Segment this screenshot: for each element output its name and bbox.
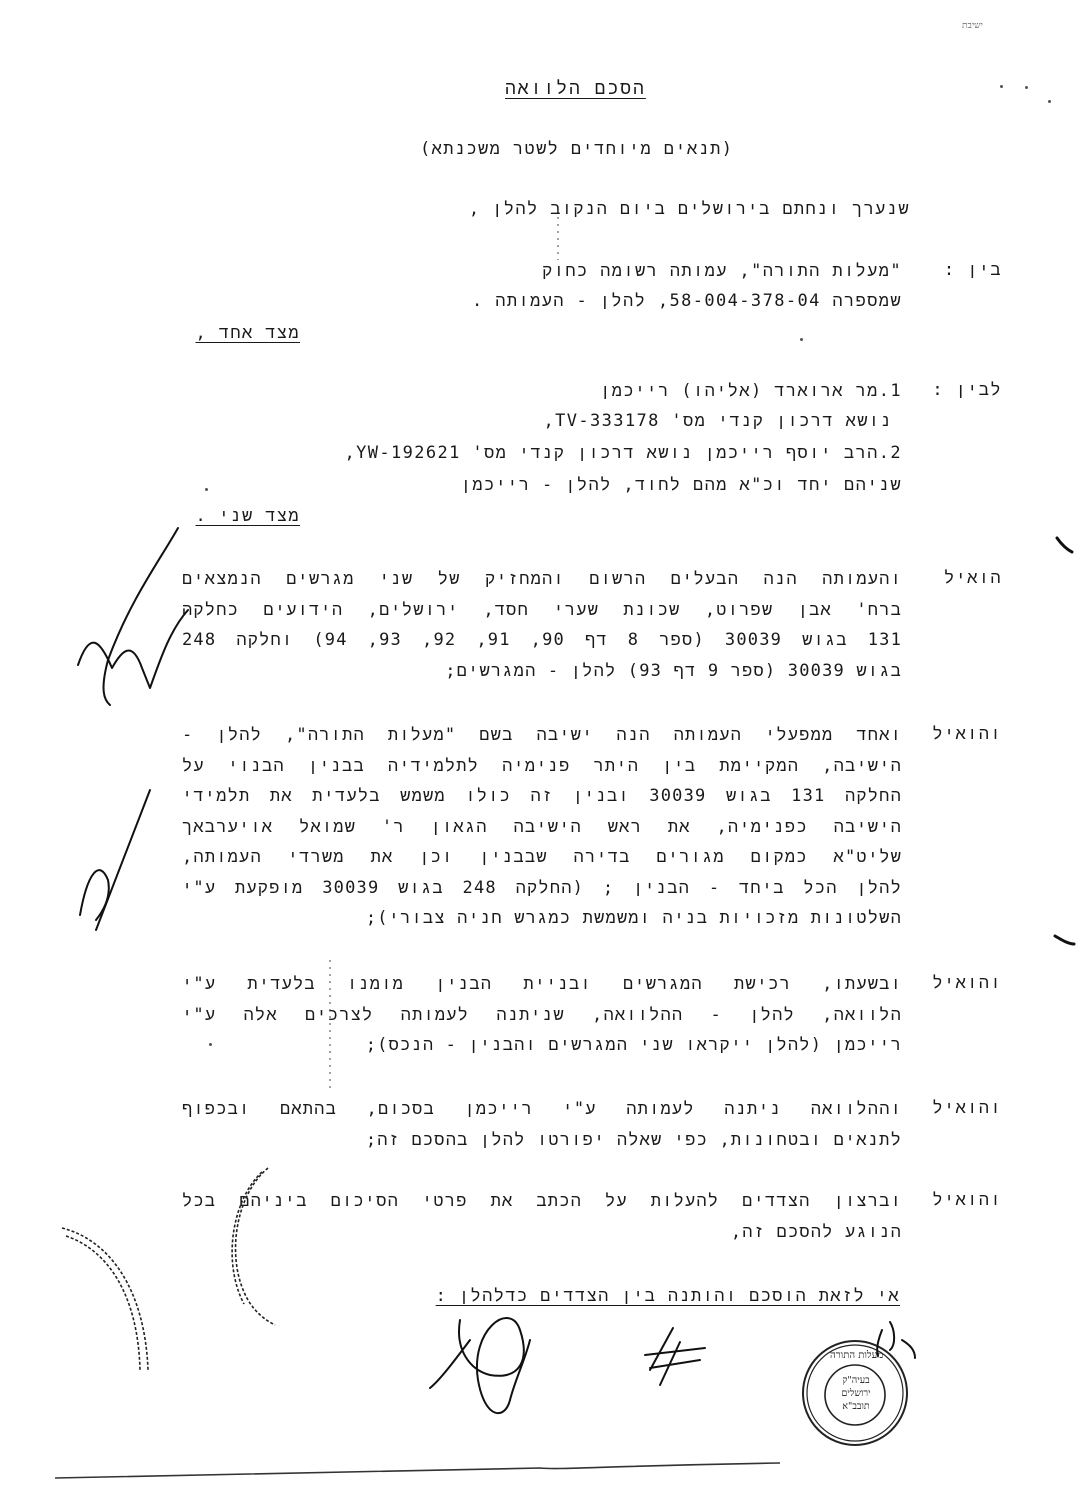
scan-speck [1000,85,1003,88]
recital-5-line: הנוגע להסכם זה, [182,1217,902,1248]
stamp-inner-line: בעיה"ק [830,1374,882,1387]
recital-5-label: והואיל [932,1190,1002,1211]
agreement-heading: אי לזאת הוסכם והותנה בין הצדדים כדלהלן : [436,1285,900,1307]
recital-3-line: רייכמן (להלן ייקראו שני המגרשים והבנין -… [182,1030,902,1061]
party1-label: בין : [944,260,1002,281]
recital-3-label: והואיל [932,973,1002,994]
recital-4-label: והואיל [932,1098,1002,1119]
recital-5-line: וברצון הצדדים להעלות על הכתב את פרטי הסי… [182,1186,902,1217]
party2-label: לבין : [932,380,1002,401]
recital-2-label: והואיל [932,724,1002,745]
recital-2-line: השלטונות מזכויות בניה ומשמשת כמגרש חניה … [182,903,902,934]
party2-side: מצד שני . [195,505,300,527]
stamp-outer-text: מעלות התורה [830,1350,883,1361]
recital-1-line: בגוש 30039 (ספר 9 דף 93) להלן - המגרשים; [182,656,902,687]
party1-line-1: "מעלות התורה", עמותה רשומה כחוק [542,260,902,282]
recital-2-line: החלקה 131 בגוש 30039 ובנין זה כולו משמש … [182,781,902,812]
party2-line-1: 1.מר ארוארד (אליהו) רייכמן [600,380,902,402]
recital-1-line: ברח' אבן שפרוט, שכונת שערי חסד, ירושלים,… [182,595,902,626]
stamp-inner-line: תובב"א [830,1400,882,1413]
party2-line-4: שניהם יחד וכ"א מהם לחוד, להלן - רייכמן [461,474,902,496]
recital-2-line: ואחד ממפעלי העמותה הנה ישיבה בשם "מעלות … [182,720,902,751]
recital-4-line: לתנאים ובטחונות, כפי שאלה יפורטו להלן בה… [182,1125,902,1156]
recital-3: ובשעתו, רכישת המגרשים ובניית הבנין מומנו… [182,969,902,1061]
scan-speck [800,338,803,341]
recital-3-line: הלוואה, להלן - ההלוואה, שניתנה לעמותה לצ… [182,1000,902,1031]
scan-speck [1048,100,1051,103]
header-scribble: ישיבת [962,20,983,31]
scan-speck [205,488,208,491]
party2-line-2: נושא דרכון קנדי מס' TV-333178, [543,410,892,432]
stamp-inner-line: ירושלים [830,1387,882,1400]
document-subtitle: (תנאים מיוחדים לשטר משכנתא) [420,138,733,160]
recital-3-line: ובשעתו, רכישת המגרשים ובניית הבנין מומנו… [182,969,902,1000]
party2-line-3: 2.הרב יוסף רייכמן נושא דרכון קנדי מס' YW… [344,442,902,464]
party1-side: מצד אחד , [195,322,300,344]
scan-speck [209,1043,212,1046]
opening-line: שנערך ונחתם בירושלים ביום הנקוב להלן , [469,198,910,220]
party1-line-2: שמספרה 58-004-378-04, להלן - העמותה . [472,290,902,312]
recital-2: ואחד ממפעלי העמותה הנה ישיבה בשם "מעלות … [182,720,902,934]
recital-2-line: להלן הכל ביחד - הבנין ; (החלקה 248 בגוש … [182,873,902,904]
recital-4: וההלוואה ניתנה לעמותה ע"י רייכמן בסכום, … [182,1094,902,1155]
organization-stamp: מעלות התורה בעיה"ק ירושלים תובב"א [800,1338,910,1448]
recital-5: וברצון הצדדים להעלות על הכתב את פרטי הסי… [182,1186,902,1247]
document-title: הסכם הלוואה [505,78,646,100]
recital-1: והעמותה הנה הבעלים הרשום והמחזיק של שני … [182,564,902,686]
recital-4-line: וההלוואה ניתנה לעמותה ע"י רייכמן בסכום, … [182,1094,902,1125]
recital-1-line: והעמותה הנה הבעלים הרשום והמחזיק של שני … [182,564,902,595]
scan-speck [1025,86,1028,89]
recital-1-line: 131 בגוש 30039 (ספר 8 דף 90, 91, 92, 93,… [182,625,902,656]
scanned-document-page: הסכם הלוואה (תנאים מיוחדים לשטר משכנתא) … [0,0,1080,1490]
recital-1-label: הואיל [944,568,1002,589]
margin-initial-1-stroke [104,528,178,705]
recital-2-line: שליט"א כמקום מגורים בדירה שבבנין וכן את … [182,842,902,873]
recital-2-line: הישיבה, המקיימת בין היתר פנימיה לתלמידיה… [182,751,902,782]
recital-2-line: הישיבה כפנימיה, את ראש הישיבה הגאון ר' ש… [182,812,902,843]
